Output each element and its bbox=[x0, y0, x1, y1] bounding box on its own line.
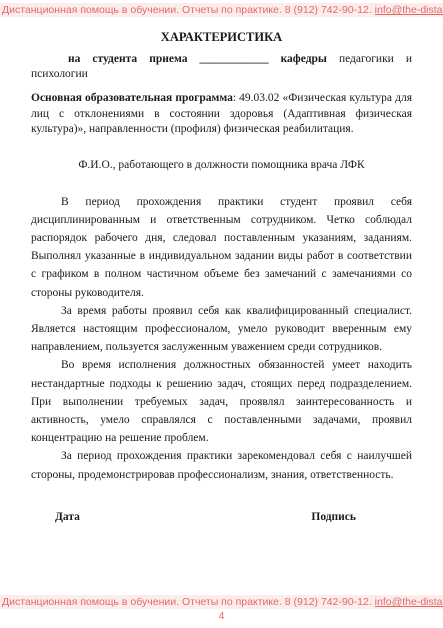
footer-ad-text: Дистанционная помощь в обучении. Отчеты … bbox=[2, 596, 372, 608]
header-ad-text: Дистанционная помощь в обучении. Отчеты … bbox=[2, 4, 372, 16]
signature-row: Дата Подпись bbox=[31, 511, 412, 523]
subtitle-part1: на студента приема bbox=[68, 53, 187, 65]
fio-line: Ф.И.О., работающего в должности помощник… bbox=[31, 158, 412, 172]
body-paragraph-3: Во время исполнения должностных обязанно… bbox=[31, 356, 412, 447]
program-paragraph: Основная образовательная программа: 49.0… bbox=[31, 91, 412, 138]
subtitle-blank-line: ____________ bbox=[200, 53, 269, 65]
page-number: 4 bbox=[0, 610, 443, 622]
date-label: Дата bbox=[55, 511, 80, 523]
document-title: ХАРАКТЕРИСТИКА bbox=[31, 30, 412, 45]
body-paragraph-1: В период прохождения практики студент пр… bbox=[31, 193, 412, 302]
header-ad-banner: Дистанционная помощь в обучении. Отчеты … bbox=[0, 0, 443, 17]
document-page: Дистанционная помощь в обучении. Отчеты … bbox=[0, 0, 443, 628]
signature-label: Подпись bbox=[311, 511, 356, 523]
document-content: ХАРАКТЕРИСТИКА на студента приема ______… bbox=[0, 30, 443, 523]
body-paragraph-4: За период прохождения практики зарекомен… bbox=[31, 447, 412, 483]
footer-ad-banner: Дистанционная помощь в обучении. Отчеты … bbox=[0, 596, 443, 609]
program-label: Основная образовательная программа bbox=[31, 92, 233, 104]
subtitle-line: на студента приема ____________ кафедры … bbox=[31, 52, 412, 82]
body-paragraph-2: За время работы проявил себя как квалифи… bbox=[31, 302, 412, 357]
body-text: В период прохождения практики студент пр… bbox=[31, 193, 412, 484]
header-email-link[interactable]: info@the-distance.ru bbox=[375, 4, 443, 16]
subtitle-part2: кафедры bbox=[281, 53, 327, 65]
page-footer: Дистанционная помощь в обучении. Отчеты … bbox=[0, 596, 443, 622]
footer-email-link[interactable]: info@the-distance.ru bbox=[375, 596, 443, 608]
